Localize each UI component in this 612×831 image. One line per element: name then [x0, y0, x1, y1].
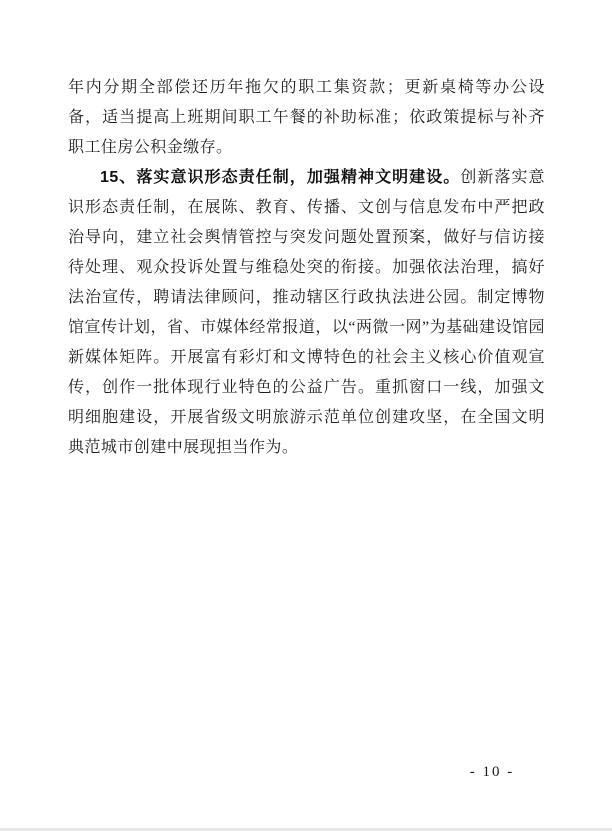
- paragraph-continuation: 年内分期全部偿还历年拖欠的职工集资款；更新桌椅等办公设备，适当提高上班期间职工午…: [68, 73, 545, 163]
- paragraph-item-15: 15、落实意识形态责任制，加强精神文明建设。创新落实意识形态责任制，在展陈、教育…: [68, 163, 545, 463]
- document-page: 年内分期全部偿还历年拖欠的职工集资款；更新桌椅等办公设备，适当提高上班期间职工午…: [0, 0, 612, 831]
- document-body: 年内分期全部偿还历年拖欠的职工集资款；更新桌椅等办公设备，适当提高上班期间职工午…: [68, 73, 545, 463]
- item-15-heading: 15、落实意识形态责任制，加强精神文明建设。: [100, 169, 460, 186]
- page-number: - 10 -: [452, 762, 532, 782]
- item-15-body-text: 创新落实意识形态责任制，在展陈、教育、传播、文创与信息发布中严把政治导向，建立社…: [68, 169, 545, 456]
